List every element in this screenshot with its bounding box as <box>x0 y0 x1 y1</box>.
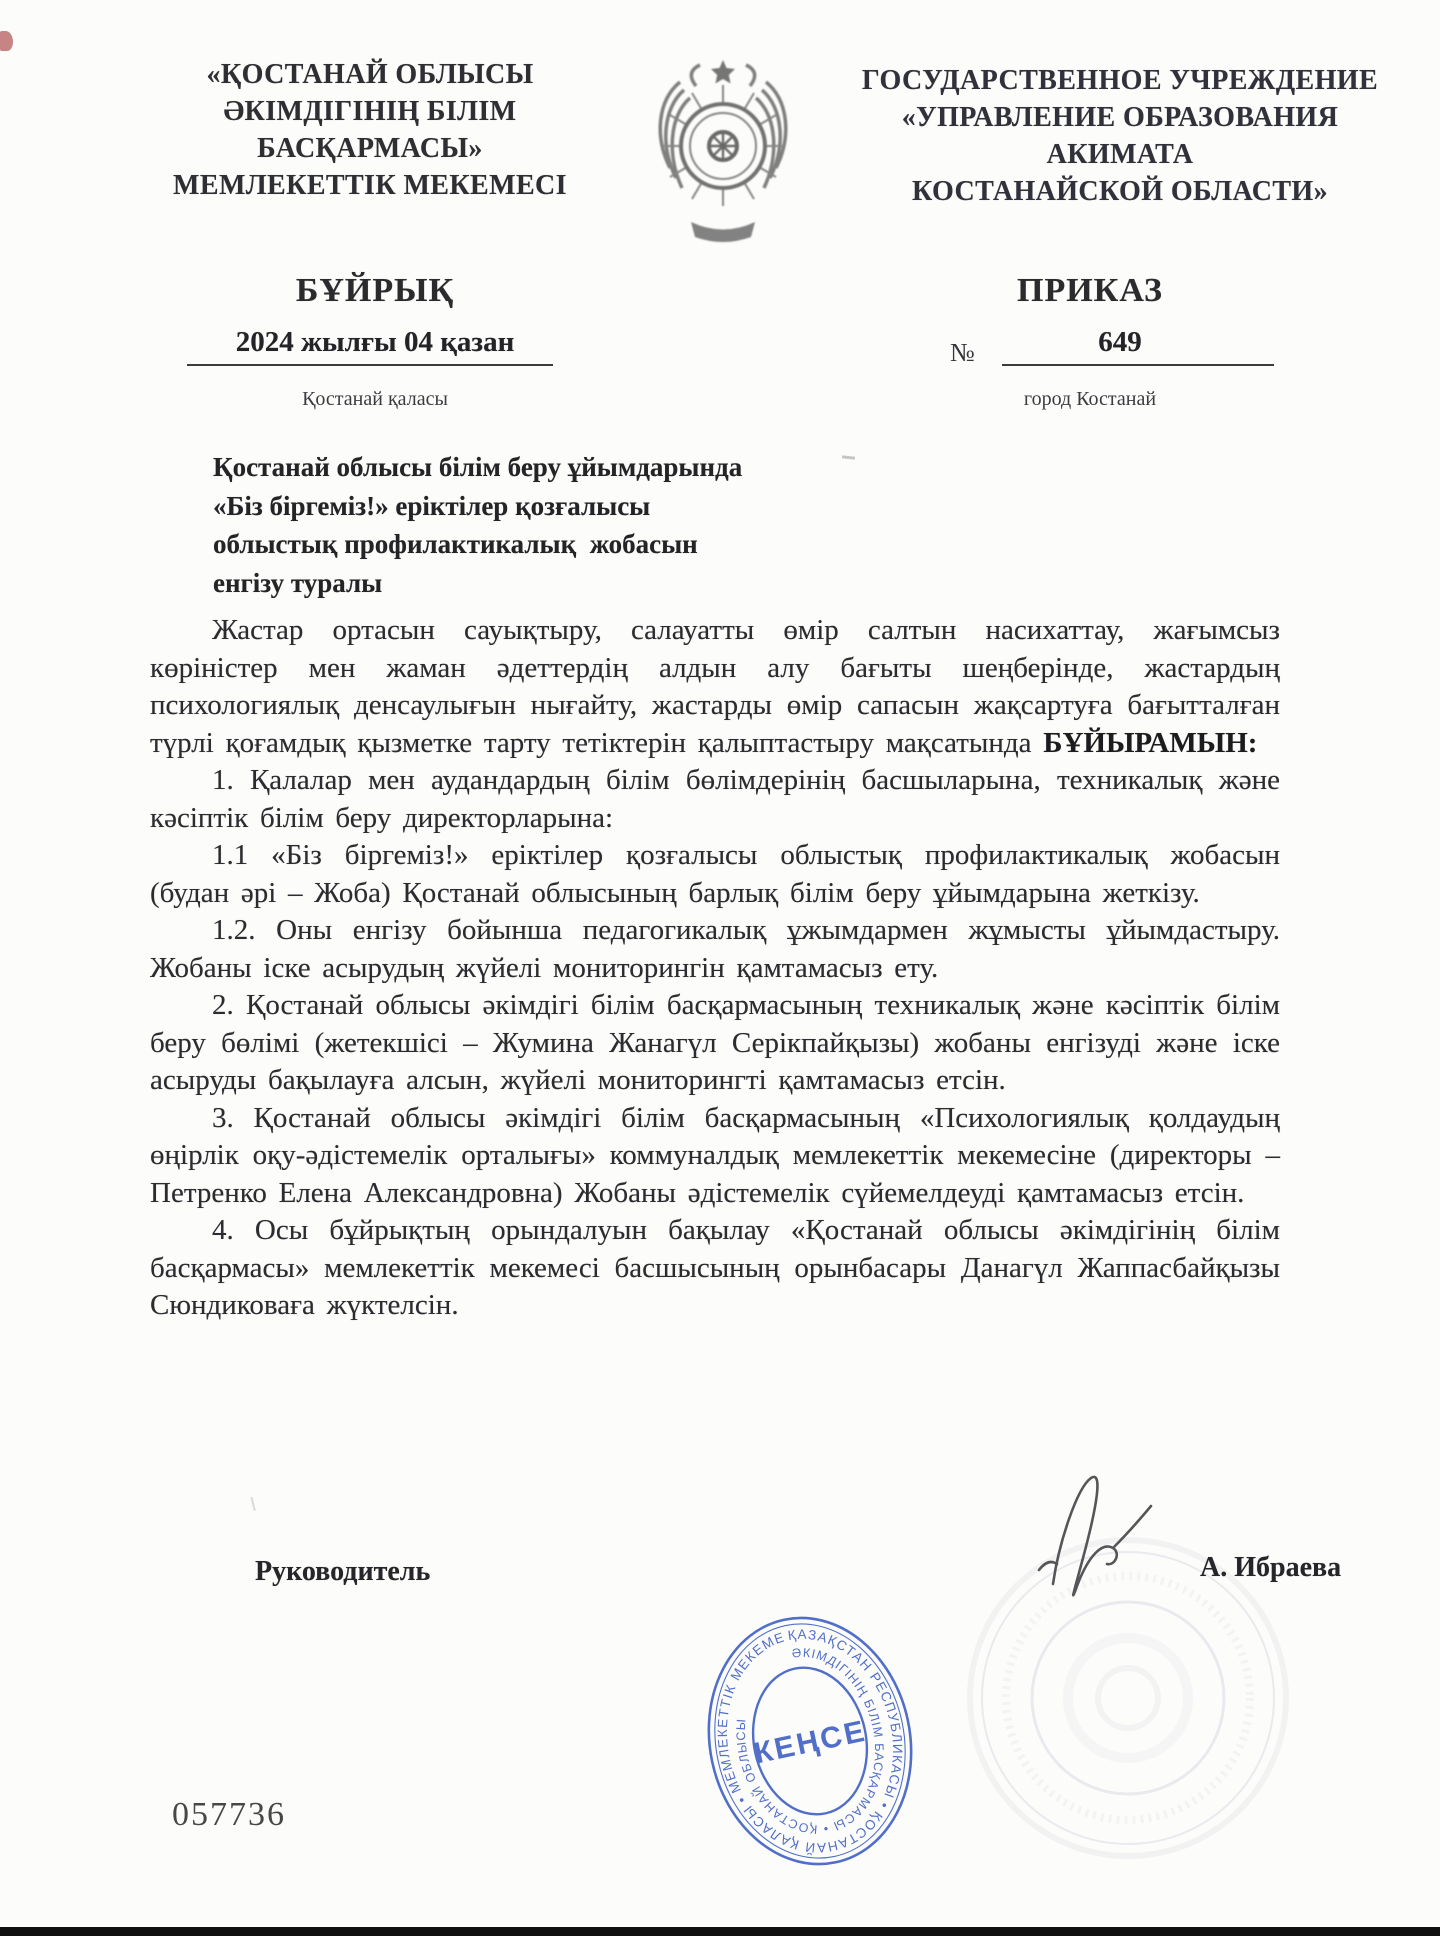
body-paragraph: 4. Осы бұйрықтың орындалуын бақылау «Қос… <box>150 1212 1280 1325</box>
subject-line: енгізу туралы <box>213 564 813 603</box>
order-subject: Қостанай облысы білім беру ұйымдарында «… <box>213 448 813 602</box>
footer-code: 057736 <box>172 1796 286 1834</box>
paragraph-text: 3. Қостанай облысы әкімдігі білім басқар… <box>150 1102 1280 1209</box>
order-city-kazakh: Қостанай қаласы <box>150 388 600 411</box>
body-paragraph: 1.1 «Біз біргеміз!» еріктілер қозғалысы … <box>150 837 1280 912</box>
order-number: 649 <box>1020 326 1220 359</box>
paragraph-text: 1.1 «Біз біргеміз!» еріктілер қозғалысы … <box>150 839 1280 909</box>
signer-name: А. Ибраева <box>1200 1552 1341 1584</box>
signer-position-label: Руководитель <box>255 1556 430 1588</box>
stamp-texts: ҚАЗАҚСТАН РЕСПУБЛИКАСЫ • ҚОСТАНАЙ ҚАЛАСЫ… <box>673 1588 926 1878</box>
org-line: «УПРАВЛЕНИЕ ОБРАЗОВАНИЯ <box>820 99 1420 136</box>
subject-line: «Біз біргеміз!» еріктілер қозғалысы <box>213 487 813 526</box>
org-line: ӘКІМДІГІНІҢ БІЛІМ <box>140 93 600 130</box>
org-line: «ҚОСТАНАЙ ОБЛЫСЫ <box>140 56 600 93</box>
number-sign: № <box>950 338 975 368</box>
paragraph-text: 1.2. Оны енгізу бойынша педагогикалық ұж… <box>150 914 1280 984</box>
number-underline <box>1002 364 1274 366</box>
org-name-russian: ГОСУДАРСТВЕННОЕ УЧРЕЖДЕНИЕ «УПРАВЛЕНИЕ О… <box>820 62 1420 210</box>
org-line: МЕМЛЕКЕТТІК МЕКЕМЕСІ <box>140 167 600 204</box>
paragraph-text: 2. Қостанай облысы әкімдігі білім басқар… <box>150 989 1280 1096</box>
org-name-kazakh: «ҚОСТАНАЙ ОБЛЫСЫ ӘКІМДІГІНІҢ БІЛІМ БАСҚА… <box>140 56 600 204</box>
org-line: КОСТАНАЙСКОЙ ОБЛАСТИ» <box>820 173 1420 210</box>
paragraph-text: 4. Осы бұйрықтың орындалуын бақылау «Қос… <box>150 1214 1280 1321</box>
subject-line: облыстық профилактикалық жобасын <box>213 525 813 564</box>
date-underline <box>187 364 553 366</box>
order-title-russian: ПРИКАЗ <box>900 272 1280 310</box>
paragraph-bold-text: БҰЙЫРАМЫН: <box>1043 727 1257 759</box>
kazakhstan-coat-of-arms-icon <box>648 46 798 246</box>
stamp-center-text: КЕҢСЕ <box>751 1714 870 1770</box>
order-date: 2024 жылғы 04 қазан <box>150 326 600 359</box>
scan-artifact-dash <box>842 455 855 459</box>
body-paragraph: 2. Қостанай облысы әкімдігі білім басқар… <box>150 987 1280 1100</box>
org-line: АКИМАТА <box>820 136 1420 173</box>
scanned-order-document: «ҚОСТАНАЙ ОБЛЫСЫ ӘКІМДІГІНІҢ БІЛІМ БАСҚА… <box>0 0 1440 1936</box>
org-line: БАСҚАРМАСЫ» <box>140 130 600 167</box>
paragraph-text: 1. Қалалар мен аудандардың білім бөлімде… <box>150 764 1280 834</box>
subject-line: Қостанай облысы білім беру ұйымдарында <box>213 448 813 487</box>
order-title-kazakh: БҰЙРЫҚ <box>150 272 600 310</box>
order-city-russian: город Костанай <box>900 388 1280 411</box>
body-paragraph: Жастар ортасын сауықтыру, салауатты өмір… <box>150 612 1280 762</box>
order-body: Жастар ортасын сауықтыру, салауатты өмір… <box>150 612 1280 1325</box>
body-paragraph: 1.2. Оны енгізу бойынша педагогикалық ұж… <box>150 912 1280 987</box>
red-scan-mark <box>0 31 13 51</box>
body-paragraph: 3. Қостанай облысы әкімдігі білім басқар… <box>150 1100 1280 1213</box>
org-line: ГОСУДАРСТВЕННОЕ УЧРЕЖДЕНИЕ <box>820 62 1420 99</box>
office-stamp: ҚАЗАҚСТАН РЕСПУБЛИКАСЫ • ҚОСТАНАЙ ҚАЛАСЫ… <box>673 1588 947 1895</box>
scan-edge-bar <box>0 1927 1440 1936</box>
scan-artifact-tick <box>250 1495 263 1511</box>
body-paragraph: 1. Қалалар мен аудандардың білім бөлімде… <box>150 762 1280 837</box>
signature-ink <box>1025 1466 1185 1616</box>
